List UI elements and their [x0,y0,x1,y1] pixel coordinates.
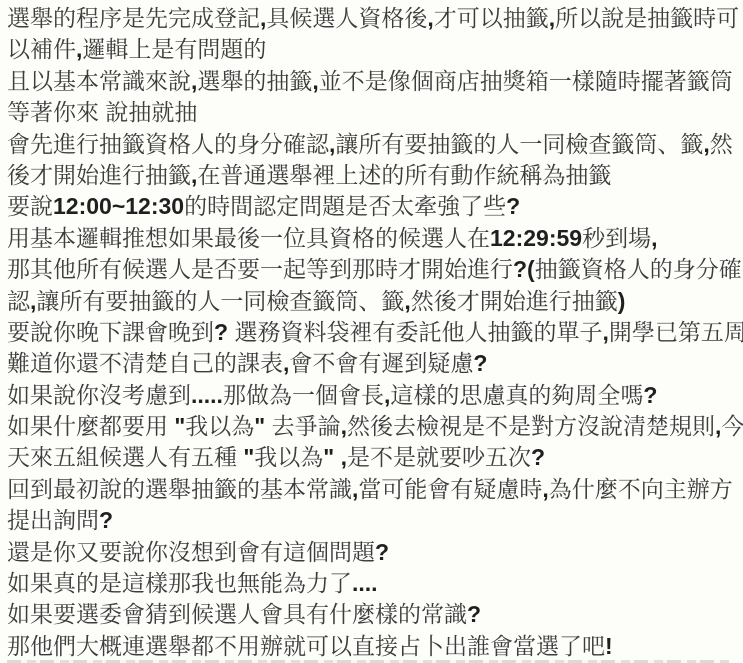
text-line: 會先進行抽籤資格人的身分確認,讓所有要抽籤的人一同檢查籤筒、籤,然 [7,129,743,160]
latin-text: , [312,68,318,94]
latin-text: ? [375,539,389,565]
text-line: 如果真的是這樣那我也無能為力了.... [7,568,743,599]
latin-text: , [703,131,709,157]
text-line: 以補件,邏輯上是有問題的 [7,34,743,65]
text-line: 天來五組候選人有五種 "我以為" ,是不是就要吵五次? [7,442,743,473]
latin-text: " , [323,444,347,470]
latin-text: .... [352,570,378,596]
text-line: 回到最初說的選舉抽籤的基本常識,當可能會有疑慮時,為什麼不向主辦方 [7,474,743,505]
latin-text: ) [618,288,626,314]
text-line: 提出詢問? [7,505,743,536]
latin-text: ? [506,193,520,219]
latin-text: , [549,5,555,31]
latin-text: " [237,444,254,470]
latin-text: , [427,5,433,31]
post-text: 選舉的程序是先完成登記,具候選人資格後,才可以抽籤,所以說是抽籤時可以補件,邏輯… [0,0,743,662]
latin-text: , [352,476,358,502]
text-line: 要說你晚下課會晚到? 選務資料袋裡有委託他人抽籤的單子,開學已第五周, [7,317,743,348]
latin-text: , [341,413,347,439]
latin-text: ?( [513,256,535,282]
latin-text: , [715,413,721,439]
text-line: 那他們大概連選舉都不用辦就可以直接占卜出誰會當選了吧! [7,631,743,662]
latin-text: ? [531,444,545,470]
latin-text: " [254,413,271,439]
latin-text: , [542,476,548,502]
text-line: 等著你來 說抽就抽 [7,97,743,128]
text-line: 如果說你沒考慮到.....那做為一個會長,這樣的思慮真的夠周全嗎? [7,380,743,411]
text-line: 難道你還不清楚自己的課表,會不會有遲到疑慮? [7,348,743,379]
latin-text: , [602,319,608,345]
latin-text: , [404,288,410,314]
latin-text: , [76,36,82,62]
latin-text: 12:00~12:30 [53,193,184,219]
latin-text: ? [473,350,487,376]
text-line: 選舉的程序是先完成登記,具候選人資格後,才可以抽籤,所以說是抽籤時可 [7,3,743,34]
latin-text: ! [605,633,613,659]
text-line: 後才開始進行抽籤,在普通選舉裡上述的所有動作統稱為抽籤 [7,160,743,191]
latin-text: , [191,68,197,94]
latin-text: , [651,225,657,251]
text-line: 認,讓所有要抽籤的人一同檢查籤筒、籤,然後才開始進行抽籤) [7,286,743,317]
latin-text: ? [99,507,113,533]
latin-text: ? [467,601,481,627]
page: 選舉的程序是先完成登記,具候選人資格後,才可以抽籤,所以說是抽籤時可以補件,邏輯… [0,0,743,663]
latin-text: ? [214,319,234,345]
latin-text: , [30,288,36,314]
latin-text: , [191,162,197,188]
latin-text [99,99,105,125]
text-line: 如果什麼都要用 "我以為" 去爭論,然後去檢視是不是對方沒說清楚規則,今 [7,411,743,442]
latin-text: , [260,5,266,31]
text-line: 要說12:00~12:30的時間認定問題是否太牽強了些? [7,191,743,222]
latin-text: ..... [191,382,223,408]
text-line: 還是你又要說你沒想到會有這個問題? [7,537,743,568]
latin-text: , [384,382,390,408]
text-line: 且以基本常識來說,選舉的抽籤,並不是像個商店抽獎箱一樣隨時擺著籤筒 [7,66,743,97]
latin-text: ? [643,382,657,408]
latin-text: , [329,131,335,157]
latin-text: 12:29:59 [490,225,582,251]
text-line: 用基本邏輯推想如果最後一位具資格的候選人在12:29:59秒到場, [7,223,743,254]
latin-text: " [168,413,185,439]
text-line: 如果要選委會猜到候選人會具有什麼樣的常識? [7,599,743,630]
latin-text: , [283,350,289,376]
text-line: 那其他所有候選人是否要一起等到那時才開始進行?(抽籤資格人的身分確 [7,254,743,285]
